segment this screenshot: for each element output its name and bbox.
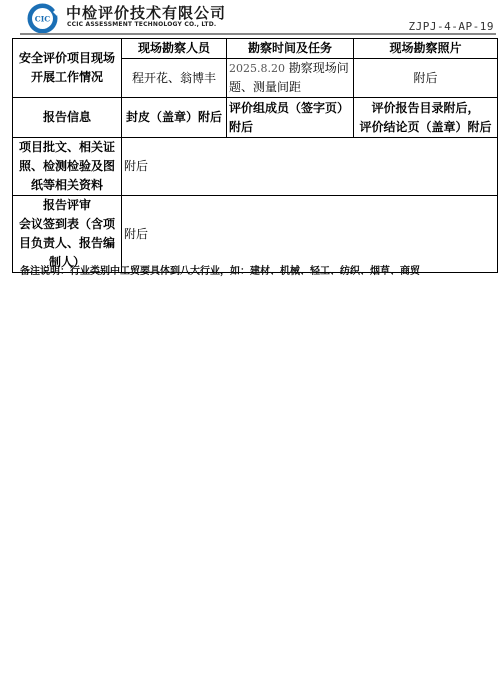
catalog-line-2: 评价结论页（盖章）附后 — [356, 118, 495, 137]
signin-label-line-1: 报告评审 — [16, 196, 118, 215]
work-status-table: 安全评价项目现场开展工作情况 现场勘察人员 勘察时间及任务 现场勘察照片 程开花… — [12, 38, 498, 273]
col-header-personnel: 现场勘察人员 — [122, 39, 227, 59]
company-name-en: CCIC ASSESSMENT TECHNOLOGY CO., LTD. — [67, 21, 216, 28]
cell-catalog: 评价报告目录附后， 评价结论页（盖章）附后 — [354, 98, 498, 138]
col-header-time-task: 勘察时间及任务 — [227, 39, 354, 59]
table-row: 报告评审 会议签到表（含项目负责人、报告编制人） 附后 — [13, 196, 498, 273]
row-label-approvals: 项目批文、相关证照、检测检验及图纸等相关资料 — [13, 138, 122, 196]
row-label-site-work: 安全评价项目现场开展工作情况 — [13, 39, 122, 98]
row-label-report-info: 报告信息 — [13, 98, 122, 138]
svg-text:CIC: CIC — [35, 15, 50, 24]
company-name-cn: 中检评价技术有限公司 — [66, 2, 226, 23]
cell-cover: 封皮（盖章）附后 — [122, 98, 227, 138]
task-date: 2025.8.20 — [229, 62, 285, 75]
table-row: 安全评价项目现场开展工作情况 现场勘察人员 勘察时间及任务 现场勘察照片 — [13, 39, 498, 59]
remark-note: 备注说明：行业类别中工贸要具体到八大行业，如：建材、机械、轻工、纺织、烟草、商贸 — [20, 262, 420, 277]
cell-personnel: 程开花、翁博丰 — [122, 59, 227, 98]
col-header-photos: 现场勘察照片 — [354, 39, 498, 59]
table-row: 报告信息 封皮（盖章）附后 评价组成员（签字页）附后 评价报告目录附后， 评价结… — [13, 98, 498, 138]
cell-members: 评价组成员（签字页）附后 — [227, 98, 354, 138]
table-row: 项目批文、相关证照、检测检验及图纸等相关资料 附后 — [13, 138, 498, 196]
document-code: ZJPJ-4-AP-19 — [409, 20, 494, 33]
cell-signin: 附后 — [122, 196, 498, 273]
company-logo: CIC — [26, 2, 59, 35]
cell-approvals: 附后 — [122, 138, 498, 196]
header-divider — [20, 33, 496, 35]
row-label-signin: 报告评审 会议签到表（含项目负责人、报告编制人） — [13, 196, 122, 273]
ccic-logo-icon: CIC — [26, 2, 59, 35]
cell-photos: 附后 — [354, 59, 498, 98]
catalog-line-1: 评价报告目录附后， — [356, 99, 495, 118]
cell-time-task: 2025.8.20 勘察现场问题、测量间距 — [227, 59, 354, 98]
